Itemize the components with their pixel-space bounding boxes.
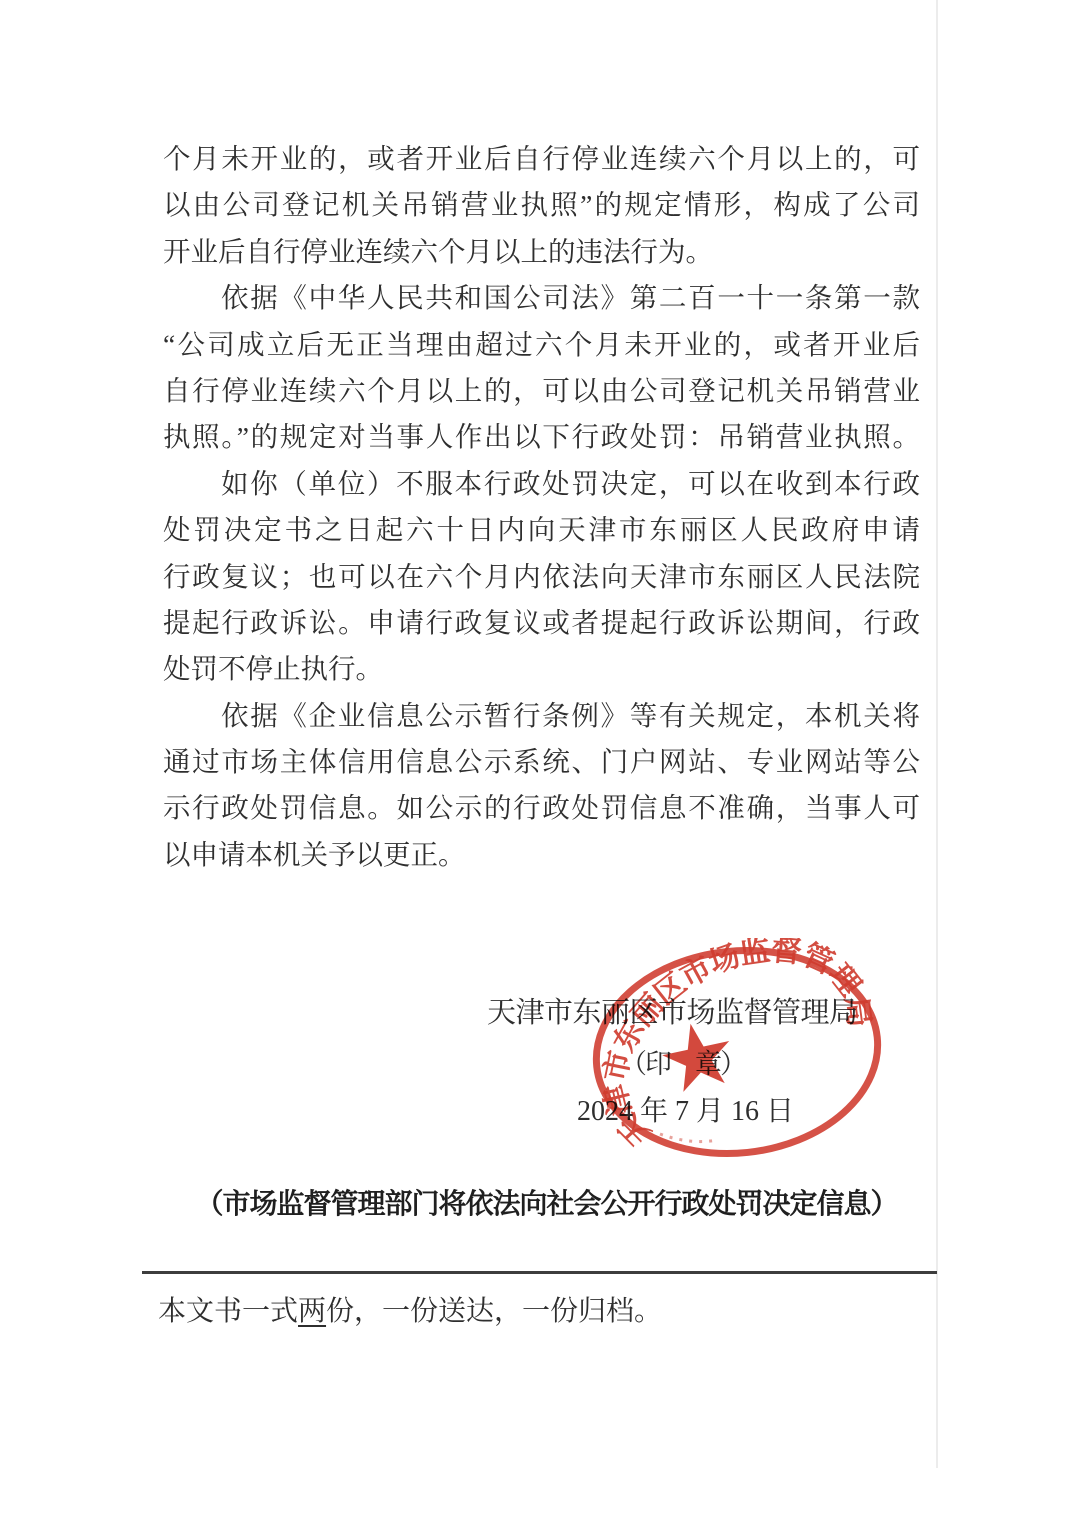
body-text-line: 如你（单位）不服本行政处罚决定，可以在收到本行政 — [163, 461, 920, 507]
official-seal: 天津市东丽区市场监督管理局 — [584, 938, 892, 1166]
copies-note-prefix: 本文书一式 — [158, 1296, 298, 1327]
document-page: 个月未开业的，或者开业后自行停业连续六个月以上的，可以由公司登记机关吊销营业执照… — [0, 0, 1073, 1515]
copies-note-suffix: 份，一份送达，一份归档。 — [326, 1296, 662, 1327]
document-body: 个月未开业的，或者开业后自行停业连续六个月以上的，可以由公司登记机关吊销营业执照… — [163, 136, 920, 878]
body-text-line: 开业后自行停业连续六个月以上的违法行为。 — [163, 229, 920, 275]
body-text-line: 执照。”的规定对当事人作出以下行政处罚：吊销营业执照。 — [163, 414, 920, 460]
body-text-line: 以由公司登记机关吊销营业执照”的规定情形，构成了公司 — [163, 182, 920, 228]
body-text-line: 提起行政诉讼。申请行政复议或者提起行政诉讼期间，行政 — [163, 600, 920, 646]
body-text-line: 处罚决定书之日起六十日内向天津市东丽区人民政府申请 — [163, 507, 920, 553]
body-text-line: 行政复议；也可以在六个月内依法向天津市东丽区人民法院 — [163, 554, 920, 600]
body-text-line: “公司成立后无正当理由超过六个月未开业的，或者开业后 — [163, 322, 920, 368]
public-disclosure-note: （市场监督管理部门将依法向社会公开行政处罚决定信息） — [158, 1182, 935, 1222]
body-text-line: 依据《企业信息公示暂行条例》等有关规定，本机关将 — [163, 693, 920, 739]
divider-line — [142, 1271, 937, 1274]
body-text-line: 自行停业连续六个月以上的，可以由公司登记机关吊销营业 — [163, 368, 920, 414]
seal-arc-text: 天津市东丽区市场监督管理局 — [584, 938, 887, 1164]
body-text-line: 个月未开业的，或者开业后自行停业连续六个月以上的，可 — [163, 136, 920, 182]
seal-star-icon — [657, 1017, 738, 1095]
scan-edge-line — [936, 0, 938, 1468]
copies-note-underlined: 两 — [298, 1296, 326, 1327]
body-text-line: 处罚不停止执行。 — [163, 646, 920, 692]
copies-note: 本文书一式两份，一份送达，一份归档。 — [158, 1289, 662, 1329]
body-text-line: 依据《中华人民共和国公司法》第二百一十一条第一款 — [163, 275, 920, 321]
body-text-line: 以申请本机关予以更正。 — [163, 832, 920, 878]
svg-text:天津市东丽区市场监督管理局: 天津市东丽区市场监督管理局 — [584, 938, 887, 1164]
body-text-line: 通过市场主体信用信息公示系统、门户网站、专业网站等公 — [163, 739, 920, 785]
body-text-line: 示行政处罚信息。如公示的行政处罚信息不准确，当事人可 — [163, 785, 920, 831]
